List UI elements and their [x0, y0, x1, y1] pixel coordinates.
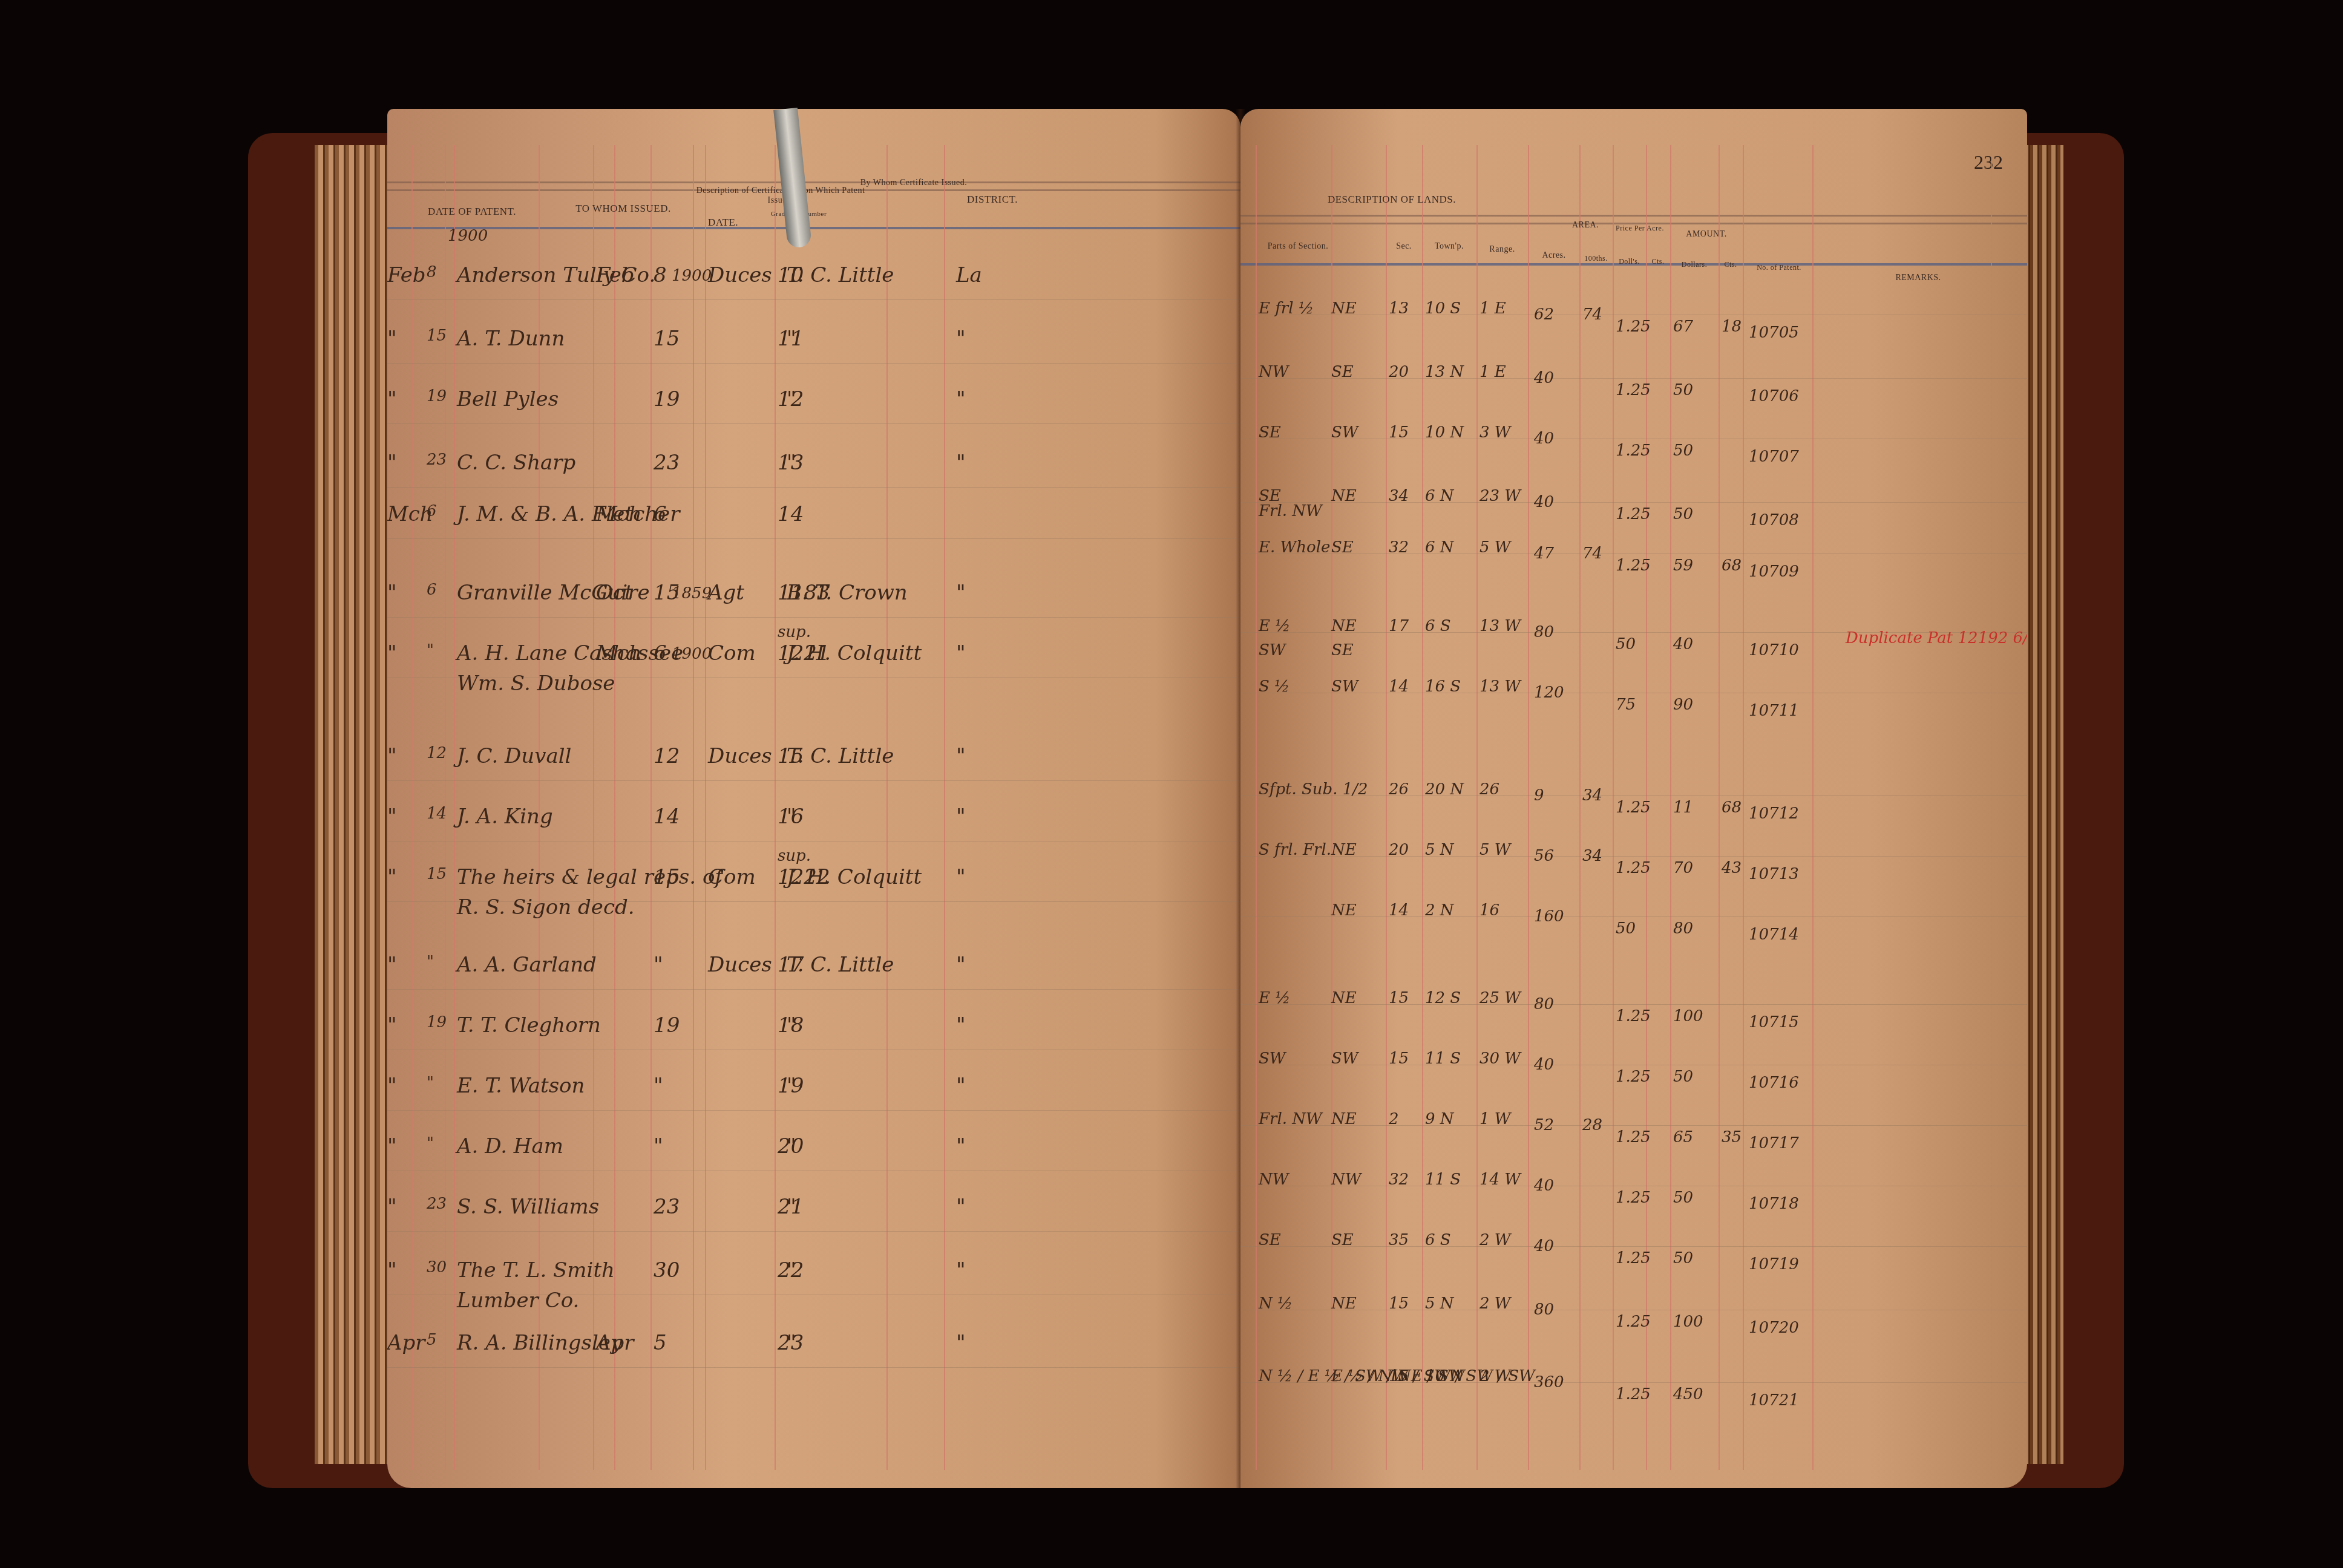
entry-acres: 40	[1534, 430, 1554, 448]
row-rule	[1240, 1310, 2027, 1310]
entry-amount: 100	[1673, 1313, 1703, 1331]
entry-parts: N ½	[1259, 1295, 1293, 1313]
entry-district: "	[956, 581, 966, 605]
entry-amount: 90	[1673, 696, 1693, 714]
entry-by-whom: "	[787, 1331, 796, 1355]
page-edges-right	[2021, 145, 2063, 1464]
row-rule	[387, 1110, 1240, 1111]
header-parts-of-section: Parts of Section.	[1259, 242, 1337, 252]
header-no-of-patent: No. of Patent.	[1746, 263, 1812, 272]
entry-sec: 15	[1389, 1367, 1409, 1385]
header-hundredths: 100ths.	[1579, 254, 1613, 263]
entry-patent-no: 10706	[1749, 387, 1799, 405]
entry-day: 19	[427, 387, 447, 405]
row-rule	[1240, 856, 2027, 857]
entry-cert-month: Apr	[596, 1331, 634, 1355]
row-rule	[1240, 439, 2027, 439]
entry-cert-day: "	[654, 953, 663, 977]
row-rule	[1240, 1246, 2027, 1247]
entry-grade: Com	[708, 865, 756, 889]
left-page: Date of Patent. To Whom Issued. Descript…	[387, 109, 1240, 1488]
entry-parts: E frl ½	[1259, 299, 1314, 318]
entry-district: "	[956, 805, 966, 829]
row-rule	[1240, 502, 2027, 503]
entry-cert-month: Mch	[596, 502, 642, 526]
entry-month: "	[387, 641, 397, 665]
entry-name: C. C. Sharp	[457, 451, 575, 475]
entry-acres: 62	[1534, 305, 1554, 324]
entry-twp: 6 N	[1425, 487, 1454, 505]
entry-sec: 14	[1389, 901, 1409, 920]
entry-district: "	[956, 327, 966, 351]
entry-district: La	[956, 263, 982, 287]
entry-name2: Lumber Co.	[457, 1289, 579, 1313]
entry-sec: 26	[1389, 780, 1409, 799]
entry-price: 1.25	[1616, 1313, 1651, 1331]
row-rule	[387, 989, 1240, 990]
entry-cert-day: 23	[654, 451, 680, 475]
entry-price: 1.25	[1616, 1128, 1651, 1146]
entry-acres: 40	[1534, 1056, 1554, 1074]
header-blue-rule	[387, 227, 1240, 229]
entry-day: 15	[427, 327, 447, 345]
entry-name: A. H. Lane Cashassee	[457, 641, 683, 665]
entry-amount-cts: 68	[1722, 557, 1742, 575]
entry-cert-month: Feb	[596, 263, 635, 287]
entry-acres: 80	[1534, 1301, 1554, 1319]
entry-quarter: NE	[1331, 487, 1357, 505]
header-amount-cts: Cts.	[1719, 260, 1743, 269]
entry-day: 19	[427, 1013, 447, 1031]
header-district: District.	[956, 194, 1029, 206]
entry-acres: 80	[1534, 995, 1554, 1013]
header-to-whom-issued: To Whom Issued.	[551, 203, 696, 215]
entry-day: 30	[427, 1258, 447, 1276]
entry-cert-day: "	[654, 1134, 663, 1158]
entry-patent-no: 10720	[1749, 1319, 1799, 1337]
entry-hundredths: 28	[1582, 1116, 1602, 1134]
header-double-rule-right	[1240, 215, 2027, 224]
entry-cert-year: 1859	[672, 584, 712, 603]
entry-rng: 16	[1480, 901, 1499, 920]
entry-month: "	[387, 865, 397, 889]
entry-amount-cts: 43	[1722, 859, 1742, 877]
entry-sec: 14	[1389, 678, 1409, 696]
right-page: 232 Description of Lands. Parts of Secti…	[1240, 109, 2027, 1488]
entry-amount: 40	[1673, 635, 1693, 653]
entry-number: 14	[778, 502, 804, 526]
entry-quarter: NE	[1331, 299, 1357, 318]
entry-name: The heirs & legal reps. of	[457, 865, 723, 889]
entry-patent-no: 10712	[1749, 805, 1799, 823]
entry-month: "	[387, 953, 397, 977]
entry-quarter: SE	[1331, 538, 1354, 557]
row-rule	[387, 487, 1240, 488]
entry-quarter: NE	[1331, 617, 1357, 635]
header-range: Range.	[1476, 245, 1528, 255]
entry-twp: 6 S	[1425, 1231, 1451, 1249]
entry-price: 1.25	[1616, 557, 1651, 575]
entry-day: "	[427, 953, 434, 971]
entry-name: T. T. Cleghorn	[457, 1013, 601, 1037]
entry-acres: 40	[1534, 493, 1554, 511]
entry-rng: 3 W	[1480, 423, 1511, 442]
entry-quarter: NW	[1331, 1171, 1361, 1189]
header-cert-date: Date.	[696, 217, 750, 229]
entry-rng: 2 W	[1480, 1295, 1511, 1313]
entry-sec: 15	[1389, 1050, 1409, 1068]
row-rule	[387, 780, 1240, 781]
entry-rng: 1 E	[1480, 299, 1506, 318]
page-number: 232	[1974, 151, 2003, 174]
entry-number-note: sup.	[778, 623, 811, 641]
entry-month: "	[387, 327, 397, 351]
entry-amount: 50	[1673, 1249, 1693, 1267]
entry-month: "	[387, 387, 397, 411]
row-rule	[387, 1171, 1240, 1171]
entry-price: 1.25	[1616, 1189, 1651, 1207]
entry-by-whom: "	[787, 1013, 796, 1037]
row-rule	[1240, 1125, 2027, 1126]
entry-cert-day: 19	[654, 1013, 680, 1037]
entry-district: "	[956, 1074, 966, 1098]
entry-price: 50	[1616, 635, 1636, 653]
open-ledger-book: Date of Patent. To Whom Issued. Descript…	[248, 109, 2124, 1500]
entry-acres: 80	[1534, 623, 1554, 641]
entry-patent-no: 10713	[1749, 865, 1799, 883]
entry-patent-no: 10710	[1749, 641, 1799, 659]
entry-parts: S frl. Frl.	[1259, 841, 1331, 859]
entry-sec: 15	[1389, 423, 1409, 442]
entry-day: "	[427, 1074, 434, 1092]
entry-month: Apr	[387, 1331, 425, 1355]
entry-parts: SE	[1259, 1231, 1281, 1249]
entry-by-whom: "	[787, 805, 796, 829]
row-rule	[1240, 916, 2027, 917]
entry-rng: 5 W	[1480, 538, 1511, 557]
header-by-whom: By Whom Certificate Issued.	[859, 178, 968, 188]
entry-quarter: SW	[1331, 678, 1358, 696]
entry-rng: 1 E	[1480, 363, 1506, 381]
entry-grade: Duces	[708, 953, 772, 977]
entry-acres: 56	[1534, 847, 1554, 865]
entry-month: "	[387, 1258, 397, 1282]
entry-parts: SE	[1259, 423, 1281, 442]
header-amount-dollars: Dollars.	[1670, 260, 1719, 269]
entry-district: "	[956, 865, 966, 889]
entry-rng: 14 W	[1480, 1171, 1521, 1189]
entry-day: 6	[427, 502, 437, 520]
entry-rng: 2 W	[1480, 1231, 1511, 1249]
entry-sec: 15	[1389, 989, 1409, 1007]
entry-cert-day: 5	[654, 1331, 667, 1355]
entry-amount-cts: 18	[1722, 318, 1742, 336]
entry-hundredths: 74	[1582, 544, 1602, 563]
entry-number-note: sup.	[778, 847, 811, 865]
entry-sec: 13	[1389, 299, 1409, 318]
entry-patent-no: 10711	[1749, 702, 1799, 720]
entry-grade: Duces	[708, 263, 772, 287]
entry-parts: Frl. NW	[1259, 1110, 1322, 1128]
entry-cert-year: 1900	[672, 645, 712, 663]
entry-by-whom: "	[787, 387, 796, 411]
entry-cert-day: 30	[654, 1258, 680, 1282]
entry-by-whom: J. H. Colquitt	[787, 641, 922, 665]
entry-acres: 47	[1534, 544, 1554, 563]
entry-day: 12	[427, 744, 447, 762]
entry-by-whom: B. T. Crown	[787, 581, 908, 605]
entry-cert-day: 15	[654, 327, 680, 351]
page-edges-left	[315, 145, 387, 1464]
entry-parts2: SW	[1259, 641, 1286, 659]
row-rule	[387, 1367, 1240, 1368]
entry-price: 1.25	[1616, 859, 1651, 877]
header-area: Area.	[1555, 221, 1616, 230]
entry-patent-no: 10708	[1749, 511, 1799, 529]
entry-cert-day: 6	[654, 502, 667, 526]
entry-sec: 17	[1389, 617, 1409, 635]
entry-district: "	[956, 744, 966, 768]
entry-by-whom: T. C. Little	[787, 953, 894, 977]
entry-amount-cts: 35	[1722, 1128, 1742, 1146]
entry-twp: 9 N	[1425, 1110, 1454, 1128]
entry-sec: 20	[1389, 841, 1409, 859]
entry-cert-year: 1900	[672, 267, 712, 285]
entry-name2: Wm. S. Dubose	[457, 671, 615, 696]
entry-quarter: NE	[1331, 901, 1357, 920]
entry-twp: 6 N	[1425, 538, 1454, 557]
entry-quarter: SW	[1331, 423, 1358, 442]
entry-twp: 13 N	[1425, 363, 1464, 381]
entry-parts: E ½	[1259, 989, 1290, 1007]
entry-quarter: NE	[1331, 1295, 1357, 1313]
entry-month: "	[387, 451, 397, 475]
header-township: Town'p.	[1422, 242, 1476, 252]
entry-district: "	[956, 1331, 966, 1355]
entry-amount: 65	[1673, 1128, 1693, 1146]
entry-quarter: NE	[1331, 989, 1357, 1007]
header-acres: Acres.	[1530, 251, 1578, 261]
entry-parts2: Frl. NW	[1259, 502, 1322, 520]
entry-price: 1.25	[1616, 381, 1651, 399]
entry-by-whom: "	[787, 1258, 796, 1282]
entry-patent-no: 10709	[1749, 563, 1799, 581]
entry-day: "	[427, 1134, 434, 1152]
entry-cert-month: Oct	[596, 581, 633, 605]
entry-district: "	[956, 1258, 966, 1282]
entry-twp: 10 S	[1425, 299, 1461, 318]
entry-cert-day: 12	[654, 744, 680, 768]
entry-rng: 5 W	[1480, 841, 1511, 859]
entry-name: S. S. Williams	[457, 1195, 599, 1219]
entry-acres: 40	[1534, 1237, 1554, 1255]
entry-month: "	[387, 744, 397, 768]
entry-name: The T. L. Smith	[457, 1258, 615, 1282]
entry-patent-no: 10717	[1749, 1134, 1799, 1152]
row-rule	[387, 617, 1240, 618]
entry-day: 14	[427, 805, 447, 823]
row-rule	[1240, 693, 2027, 693]
header-price-dolls: Doll's.	[1613, 257, 1646, 266]
row-rule	[1240, 378, 2027, 379]
entry-price: 1.25	[1616, 442, 1651, 460]
entry-rng: 13 W	[1480, 678, 1521, 696]
entry-parts: NW	[1259, 1171, 1288, 1189]
entry-name: A. T. Dunn	[457, 327, 565, 351]
entry-by-whom: "	[787, 451, 796, 475]
entry-quarter: NE	[1331, 1110, 1357, 1128]
entry-cert-day: 6	[654, 641, 667, 665]
entry-amount: 67	[1673, 318, 1693, 336]
entry-month: "	[387, 1134, 397, 1158]
entry-amount: 100	[1673, 1007, 1703, 1025]
entry-acres: 40	[1534, 369, 1554, 387]
entry-patent-no: 10716	[1749, 1074, 1799, 1092]
entry-price: 75	[1616, 696, 1636, 714]
entry-twp: 20 N	[1425, 780, 1464, 799]
entry-amount: 50	[1673, 1189, 1693, 1207]
entry-district: "	[956, 1195, 966, 1219]
entry-twp: 2 N	[1425, 901, 1454, 920]
entry-acres: 360	[1534, 1373, 1564, 1391]
entry-acres: 40	[1534, 1177, 1554, 1195]
entry-parts: Sfpt. Sub. 1/2	[1259, 780, 1368, 799]
entry-acres: 9	[1534, 786, 1544, 805]
entry-patent-no: 10705	[1749, 324, 1799, 342]
entry-by-whom: T. C. Little	[787, 263, 894, 287]
row-rule	[387, 423, 1240, 424]
header-sec: Sec.	[1389, 242, 1419, 252]
entry-parts: S ½	[1259, 678, 1289, 696]
header-remarks: Remarks.	[1876, 273, 1961, 283]
entry-name: Bell Pyles	[457, 387, 559, 411]
entry-day: 23	[427, 451, 447, 469]
entry-sec: 32	[1389, 538, 1409, 557]
entry-sec: 35	[1389, 1231, 1409, 1249]
entry-parts: SW	[1259, 1050, 1286, 1068]
entry-month: "	[387, 1074, 397, 1098]
row-rule	[387, 299, 1240, 300]
entry-price: 1.25	[1616, 505, 1651, 523]
entry-twp: 12 S	[1425, 989, 1461, 1007]
entry-rng: 13 W	[1480, 617, 1521, 635]
entry-cert-day: 8	[654, 263, 667, 287]
entry-name: E. T. Watson	[457, 1074, 585, 1098]
entry-quarter: NE	[1331, 841, 1357, 859]
entry-twp: 11 S	[1425, 1171, 1461, 1189]
entry-amount-cts: 68	[1722, 799, 1742, 817]
entry-price: 1.25	[1616, 799, 1651, 817]
entry-amount: 50	[1673, 505, 1693, 523]
header-price-per-acre: Price Per Acre.	[1610, 224, 1670, 233]
entry-amount: 50	[1673, 442, 1693, 460]
row-rule	[1240, 1004, 2027, 1005]
entry-day: "	[427, 641, 434, 659]
entry-by-whom: T. C. Little	[787, 744, 894, 768]
entry-sec: 34	[1389, 487, 1409, 505]
entry-grade: Com	[708, 641, 756, 665]
entry-cert-day: "	[654, 1074, 663, 1098]
entry-parts: E. Whole	[1259, 538, 1330, 557]
entry-price: 1.25	[1616, 1249, 1651, 1267]
entry-by-whom: "	[787, 327, 796, 351]
entry-twp: 10 N	[1425, 1367, 1464, 1385]
entry-name: J. M. & B. A. Fletcher	[457, 502, 680, 526]
entry-rng: 23 W	[1480, 487, 1521, 505]
entry-twp: 16 S	[1425, 678, 1461, 696]
entry-name: J. A. King	[457, 805, 553, 829]
entry-day: 6	[427, 581, 437, 599]
entry-sec: 20	[1389, 363, 1409, 381]
entry-name: A. D. Ham	[457, 1134, 563, 1158]
entry-patent-no: 10718	[1749, 1195, 1799, 1213]
entry-name2: R. S. Sigon decd.	[457, 895, 635, 920]
entry-by-whom: J. H. Colquitt	[787, 865, 922, 889]
entry-price: 1.25	[1616, 1007, 1651, 1025]
entry-district: "	[956, 387, 966, 411]
entry-quarter: SE	[1331, 363, 1354, 381]
entry-patent-no: 10714	[1749, 926, 1799, 944]
entry-twp: 5 N	[1425, 1295, 1454, 1313]
entry-rng: 26	[1480, 780, 1499, 799]
entry-patent-no: 10721	[1749, 1391, 1799, 1410]
entry-rng: 25 W	[1480, 989, 1521, 1007]
entry-district: "	[956, 953, 966, 977]
entry-month: "	[387, 1013, 397, 1037]
entry-rng: 2 W	[1480, 1367, 1511, 1385]
entry-twp: 6 S	[1425, 617, 1451, 635]
entry-cert-month: Mch	[596, 641, 642, 665]
entry-hundredths: 74	[1582, 305, 1602, 324]
entry-hundredths: 34	[1582, 847, 1602, 865]
entry-day: 23	[427, 1195, 447, 1213]
entry-sec: 2	[1389, 1110, 1399, 1128]
entry-sec: 15	[1389, 1295, 1409, 1313]
entry-twp: 10 N	[1425, 423, 1464, 442]
row-rule	[1240, 554, 2027, 554]
entry-cert-day: 15	[654, 865, 680, 889]
entry-amount: 80	[1673, 920, 1693, 938]
entry-cert-day: 14	[654, 805, 680, 829]
entry-month: Feb	[387, 263, 426, 287]
entry-month: "	[387, 805, 397, 829]
entry-acres: 120	[1534, 684, 1564, 702]
entry-price: 50	[1616, 920, 1636, 938]
entry-amount: 11	[1673, 799, 1693, 817]
entry-day: 8	[427, 263, 437, 281]
entry-day: 15	[427, 865, 447, 883]
entry-rng: 1 W	[1480, 1110, 1511, 1128]
year-1900: 1900	[448, 227, 488, 245]
entry-quarter: SW	[1331, 1050, 1358, 1068]
entry-month: "	[387, 1195, 397, 1219]
entry-parts: NW	[1259, 363, 1288, 381]
entry-price: 1.25	[1616, 1068, 1651, 1086]
entry-remarks: Duplicate Pat 12192 6/17/1918	[1846, 629, 2027, 647]
entry-amount: 50	[1673, 381, 1693, 399]
entry-amount: 59	[1673, 557, 1693, 575]
entry-by-whom: "	[787, 1134, 796, 1158]
entry-acres: 160	[1534, 907, 1564, 926]
entry-price: 1.25	[1616, 1385, 1651, 1403]
row-rule	[387, 363, 1240, 364]
entry-name: A. A. Garland	[457, 953, 597, 977]
entry-sec: 32	[1389, 1171, 1409, 1189]
entry-district: "	[956, 1134, 966, 1158]
entry-acres: 52	[1534, 1116, 1554, 1134]
entry-grade: Agt	[708, 581, 744, 605]
entry-patent-no: 10707	[1749, 448, 1799, 466]
